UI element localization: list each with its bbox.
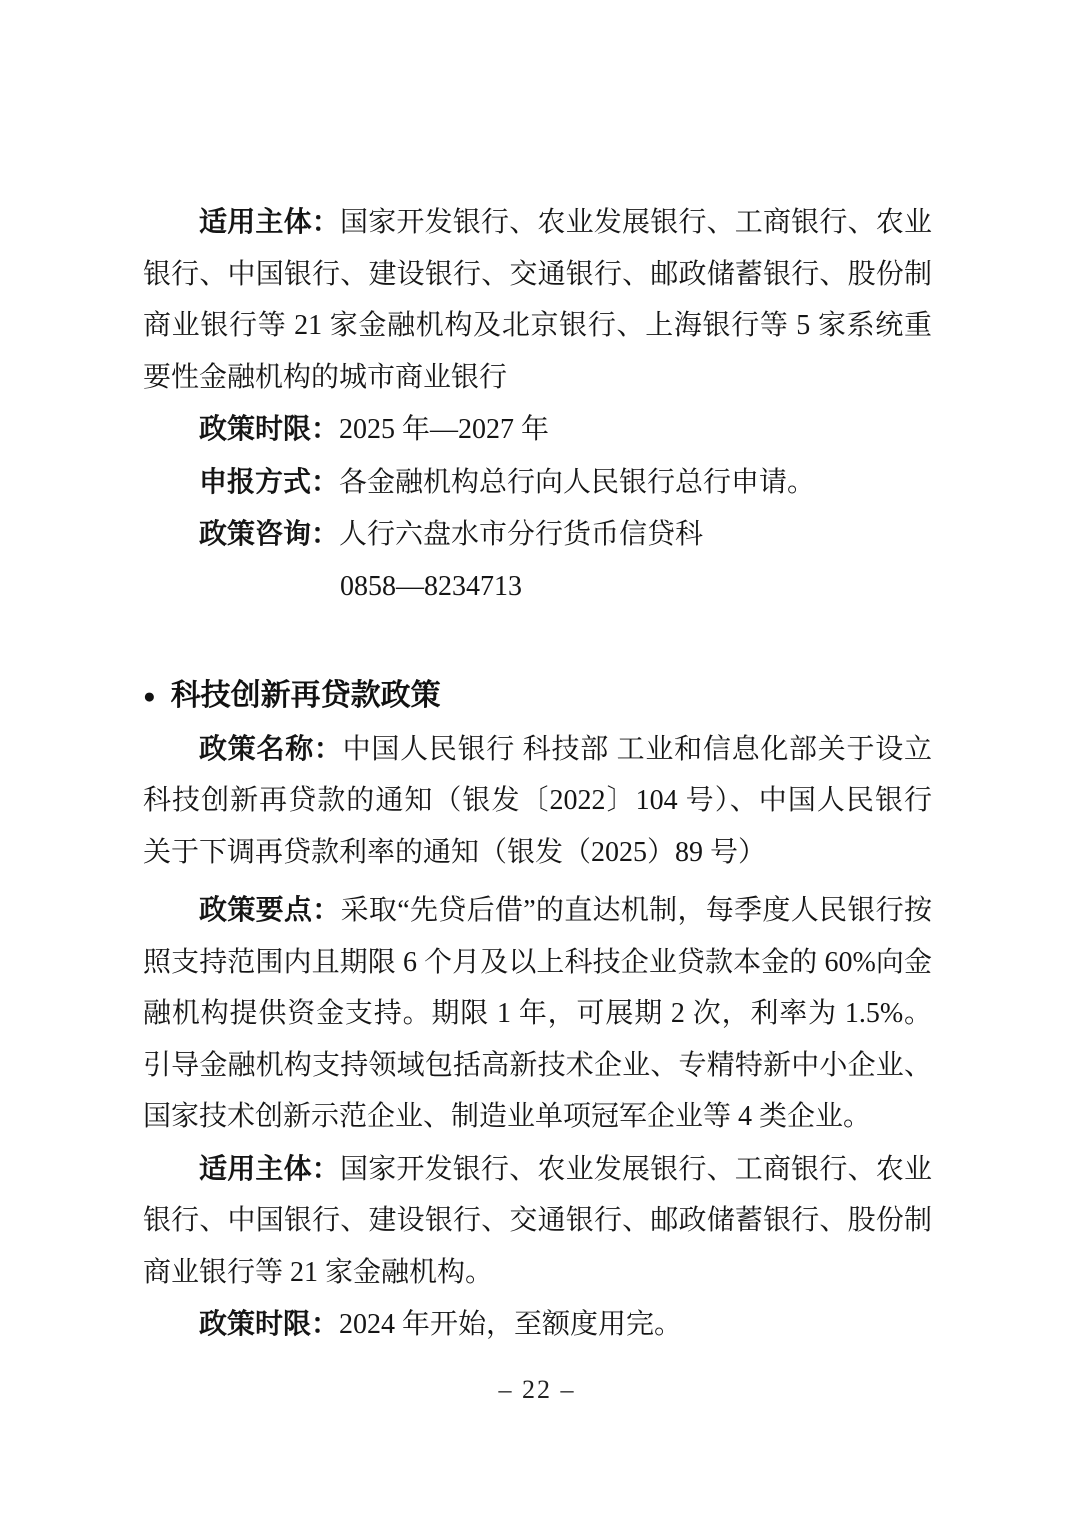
paragraph-text: 各金融机构总行向人民银行总行申请。 (339, 467, 815, 498)
paragraph-label: 适用主体： (199, 206, 340, 237)
paragraph-applicable-entities: 适用主体：国家开发银行、农业发展银行、工商银行、农业银行、中国银行、建设银行、交… (143, 196, 932, 403)
document-body: 适用主体：国家开发银行、农业发展银行、工商银行、农业银行、中国银行、建设银行、交… (143, 196, 932, 1351)
paragraph-text: 2025 年—2027 年 (339, 414, 549, 445)
paragraph-policy-period: 政策时限：2025 年—2027 年 (143, 403, 932, 456)
paragraph-text: 2024 年开始，至额度用完。 (339, 1309, 682, 1340)
paragraph-policy-points: 政策要点：采取“先贷后借”的直达机制，每季度人民银行按照支持范围内且期限 6 个… (143, 884, 932, 1143)
paragraph-label: 申报方式： (199, 466, 339, 497)
paragraph-text: 人行六盘水市分行货币信贷科 (339, 519, 703, 550)
phone-number: 0858—8234713 (143, 561, 932, 613)
paragraph-label: 政策时限： (199, 1308, 339, 1339)
paragraph-policy-period-2: 政策时限：2024 年开始，至额度用完。 (143, 1298, 932, 1351)
paragraph-label: 适用主体： (199, 1153, 340, 1184)
page-number: – 22 – (0, 1372, 1074, 1408)
paragraph-policy-name: 政策名称：中国人民银行 科技部 工业和信息化部关于设立科技创新再贷款的通知（银发… (143, 723, 932, 879)
paragraph-label: 政策时限： (199, 413, 339, 444)
bullet-icon: ● (143, 685, 156, 708)
document-page: 适用主体：国家开发银行、农业发展银行、工商银行、农业银行、中国银行、建设银行、交… (0, 0, 1074, 1520)
section-heading-tech-innovation-reloan: ●科技创新再贷款政策 (143, 670, 932, 723)
paragraph-text: 采取“先贷后借”的直达机制，每季度人民银行按照支持范围内且期限 6 个月及以上科… (143, 895, 932, 1132)
paragraph-application-method: 申报方式：各金融机构总行向人民银行总行申请。 (143, 456, 932, 509)
paragraph-label: 政策要点： (199, 894, 341, 925)
section-heading-text: 科技创新再贷款政策 (171, 679, 441, 712)
paragraph-policy-consultation: 政策咨询：人行六盘水市分行货币信贷科 (143, 508, 932, 561)
paragraph-label: 政策名称： (199, 733, 343, 764)
paragraph-applicable-entities-2: 适用主体：国家开发银行、农业发展银行、工商银行、农业银行、中国银行、建设银行、交… (143, 1143, 932, 1299)
paragraph-label: 政策咨询： (199, 518, 339, 549)
